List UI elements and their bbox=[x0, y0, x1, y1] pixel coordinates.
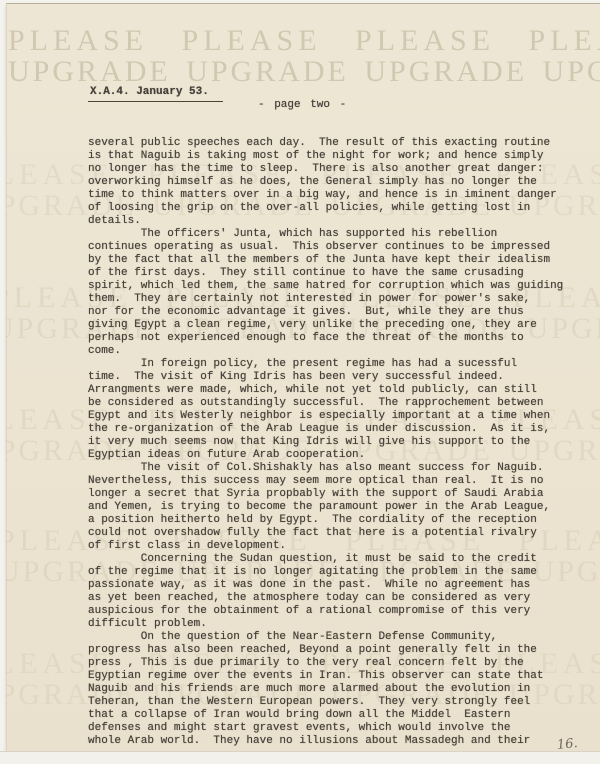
watermark-upgrade-row: UPGRADE UPGRADE UPGRADE UPGRADE UPGRADE bbox=[8, 56, 600, 87]
document-body: several public speeches each day. The re… bbox=[88, 137, 563, 748]
paragraph: Concerning the Sudan question, it must b… bbox=[88, 553, 563, 631]
watermark-please-row: PLEASE PLEASE PLEASE PLEASE PLEASE bbox=[8, 25, 600, 56]
page-number-label: - page two - bbox=[258, 99, 346, 112]
document-reference: X.A.4. January 53. bbox=[88, 86, 223, 102]
scanner-edge bbox=[0, 751, 600, 764]
handwritten-page-note: 16. bbox=[556, 736, 578, 752]
paragraph: several public speeches each day. The re… bbox=[88, 137, 563, 228]
paragraph: The visit of Col.Shishakly has also mean… bbox=[88, 462, 563, 553]
paragraph: The officers' Junta, which has supported… bbox=[88, 228, 563, 358]
document-page: PLEASE PLEASE PLEASE PLEASE PLEASE UPGRA… bbox=[6, 3, 600, 752]
paragraph: In foreign policy, the present regime ha… bbox=[88, 358, 563, 462]
watermark-group: PLEASE PLEASE PLEASE PLEASE PLEASE UPGRA… bbox=[8, 25, 600, 87]
paragraph: On the question of the Near-Eastern Defe… bbox=[88, 631, 563, 748]
scanned-document-canvas: PLEASE PLEASE PLEASE PLEASE PLEASE UPGRA… bbox=[0, 0, 600, 764]
